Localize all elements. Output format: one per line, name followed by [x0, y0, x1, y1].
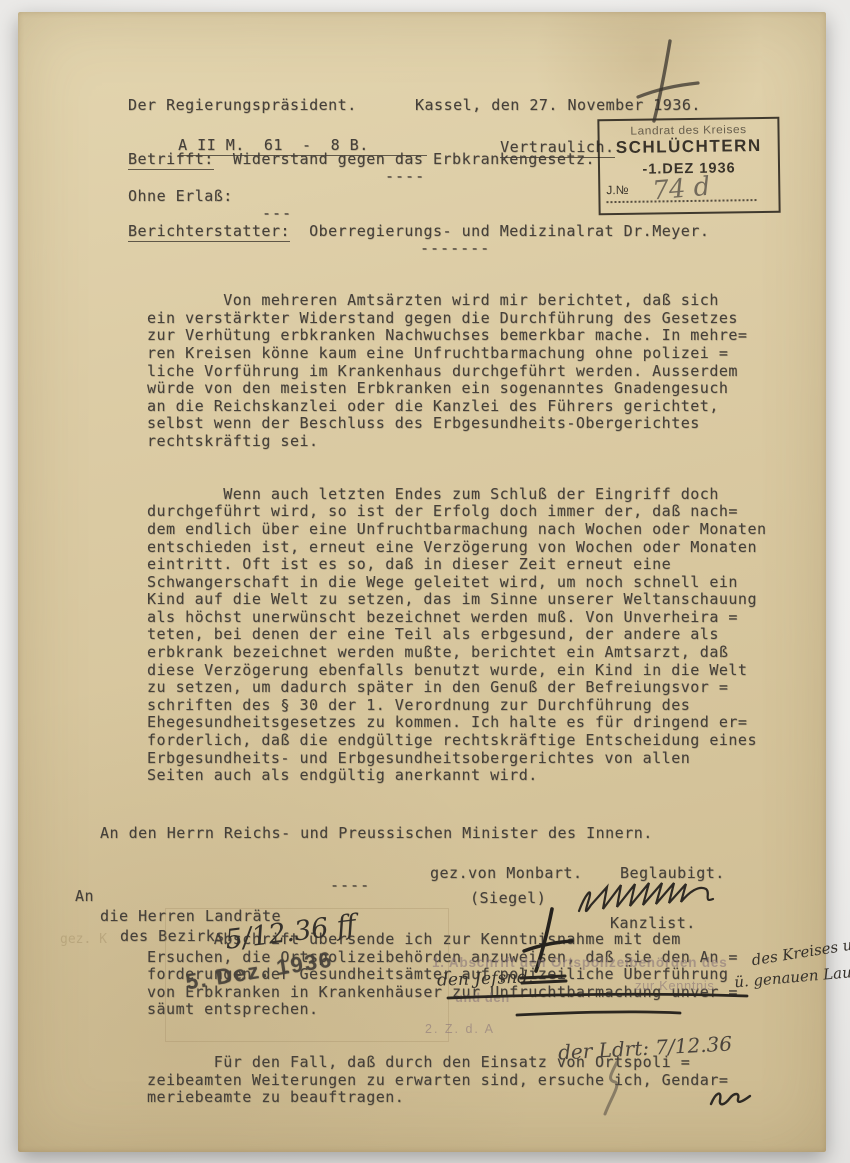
paragraph-2: Wenn auch letzten Endes zum Schluß der E…	[147, 486, 819, 785]
photo-of-document: { "header": { "sender": "Der Regierungsp…	[0, 0, 850, 1163]
rapporteur-text: Oberregierungs- und Medizinalrat Dr.Meye…	[309, 222, 709, 240]
paragraph-1: Von mehreren Amtsärzten wird mir bericht…	[147, 292, 819, 450]
ink-strikethrough-strokes	[420, 972, 760, 1032]
subject-spacer	[214, 150, 233, 168]
sender-line: Der Regierungspräsident.	[128, 97, 357, 115]
clerk-title: Kanzlist.	[610, 915, 696, 933]
receipt-stamp: Landrat des Kreises SCHLÜCHTERN -1.DEZ 1…	[597, 117, 780, 216]
distribution-line-1: An	[75, 888, 94, 906]
ghost-show-through-text: gez. K	[60, 932, 107, 947]
signed-by-line: gez.von Monbart.	[430, 865, 583, 883]
rapporteur-spacer	[290, 222, 309, 240]
ink-mark-bottom-right-icon	[706, 1082, 756, 1114]
subject-line: Betrifft: Widerstand gegen das Erbkranke…	[128, 151, 595, 169]
receipt-stamp-journal-number-handwritten: 74 d	[651, 172, 711, 207]
pencil-squiggle-icon	[595, 1058, 635, 1120]
pencil-cross-top-icon	[626, 37, 706, 127]
ohne-erlass-underdashes: ---	[262, 204, 292, 222]
subject-underdashes: ----	[385, 167, 425, 185]
rapporteur-underdashes: -------	[420, 239, 490, 257]
rapporteur-line: Berichterstatter: Oberregierungs- und Me…	[128, 223, 709, 241]
recipient-line: An den Herrn Reichs- und Preussischen Mi…	[100, 825, 819, 843]
subject-text: Widerstand gegen das Erbkrankengesetz.	[233, 150, 595, 168]
ohne-erlass-line: Ohne Erlaß:	[128, 188, 233, 206]
document-paper: Der Regierungspräsident. Kassel, den 27.…	[18, 12, 826, 1152]
subject-label: Betrifft:	[128, 150, 214, 170]
rapporteur-label: Berichterstatter:	[128, 222, 290, 242]
receipt-stamp-town: SCHLÜCHTERN	[600, 136, 778, 158]
